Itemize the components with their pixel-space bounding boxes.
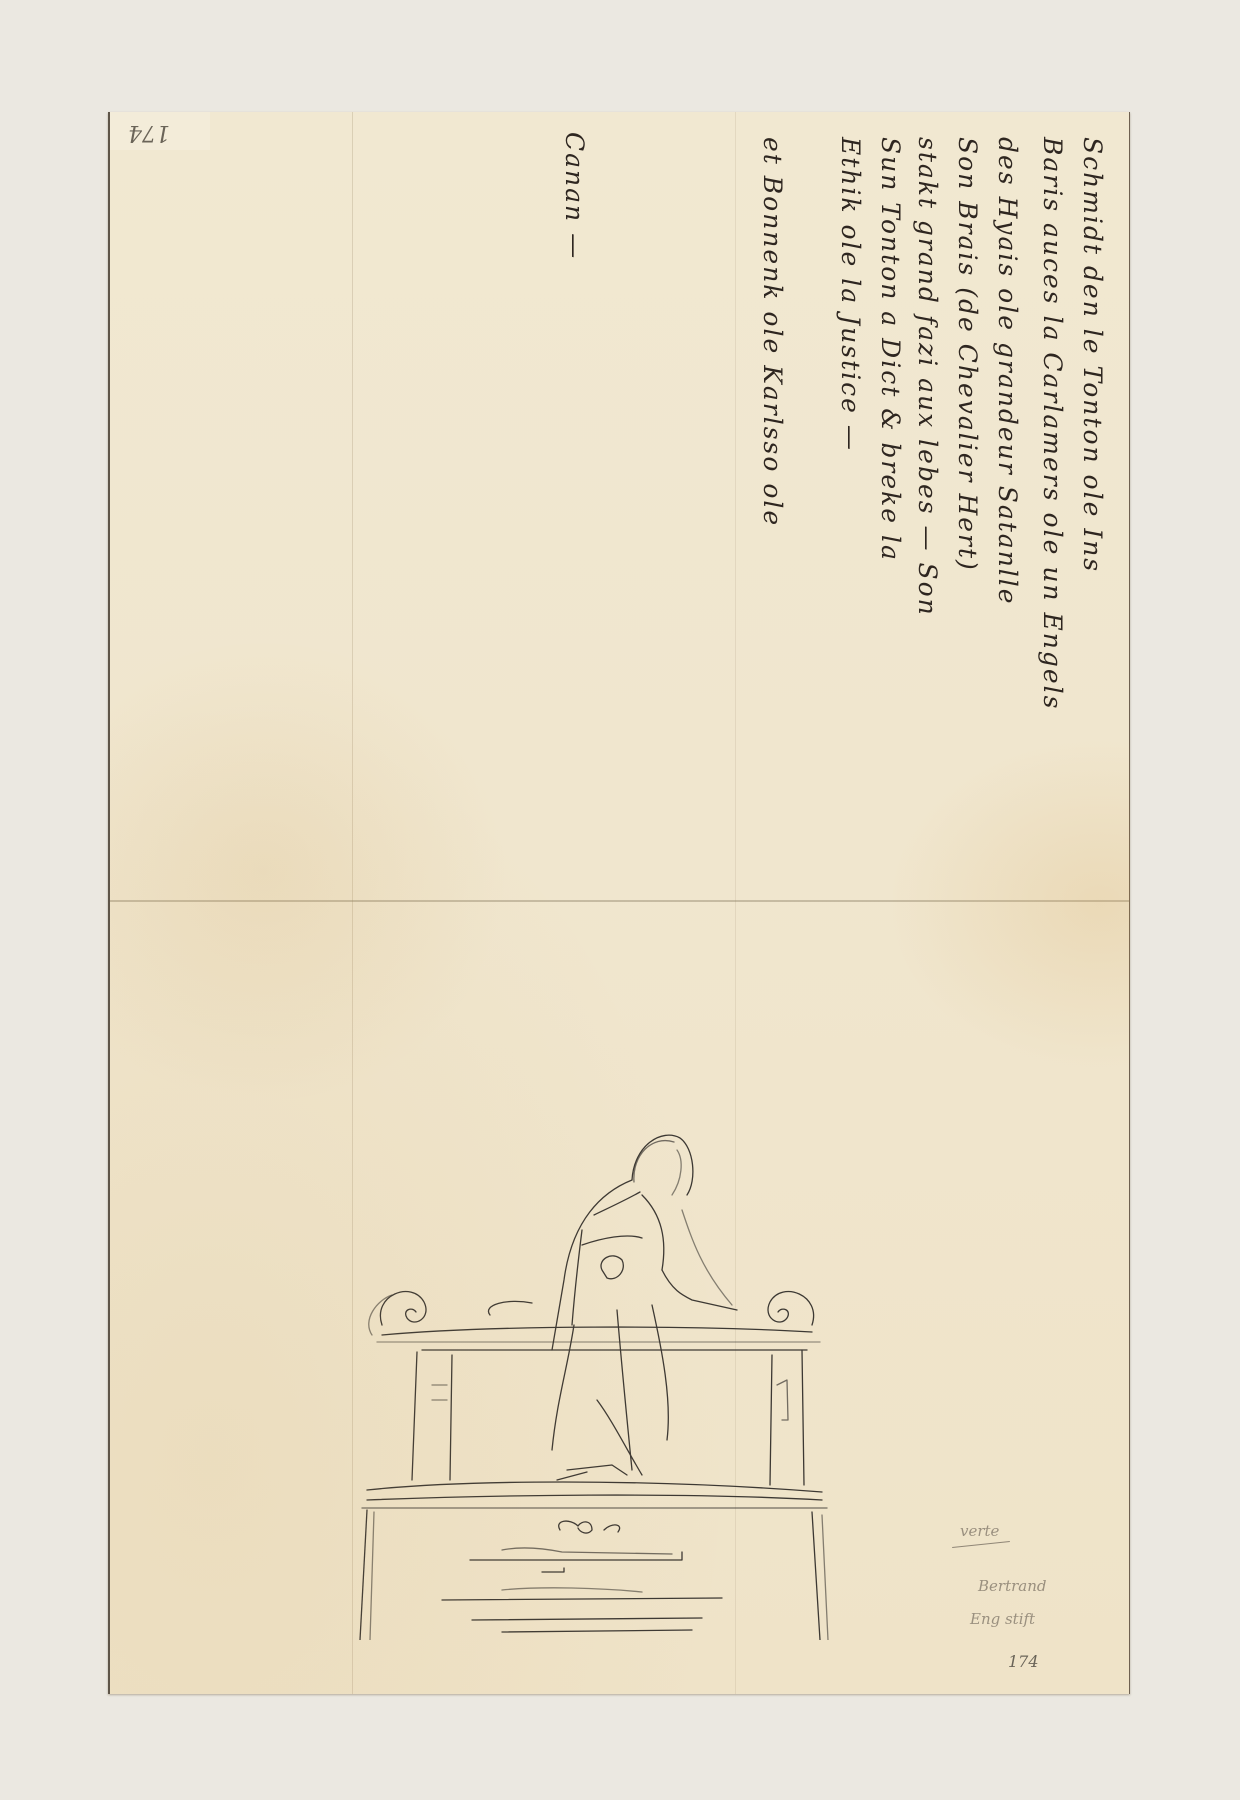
page-number-bottom: 174 <box>1008 1652 1039 1671</box>
horizontal-fold-line <box>110 900 1130 902</box>
pencil-note-underline <box>952 1541 1010 1548</box>
letter-line-1: Schmidt den le Tonton ole Ins <box>1080 137 1105 573</box>
letter-line-5: stakt grand fazi aux lebes — Son <box>915 137 940 617</box>
manuscript-sheet: 174 Schmidt den le Tonton ole Ins Baris … <box>108 112 1130 1694</box>
pencil-note-1: verte <box>960 1522 999 1540</box>
page-number-top: 174 <box>128 120 170 145</box>
letter-line-6: Sun Tonton a Dict & breke la <box>878 137 903 562</box>
letter-line-9: Canan — <box>562 132 587 260</box>
letter-line-2: Baris auces la Carlamers ole un Engels <box>1040 137 1065 710</box>
monument-sketch-drawing <box>342 1120 862 1640</box>
pencil-note-2: Bertrand <box>978 1577 1046 1595</box>
pencil-note-3: Eng stift <box>970 1610 1035 1628</box>
letter-line-3: des Hyais ole grandeur Satanlle <box>995 137 1020 606</box>
letter-line-4: Son Brais (de Chevalier Hert) <box>955 137 980 572</box>
letter-line-8: et Bonnenk ole Karlsso ole <box>760 137 785 527</box>
letter-line-7: Ethik ole la Justice — <box>838 137 863 452</box>
